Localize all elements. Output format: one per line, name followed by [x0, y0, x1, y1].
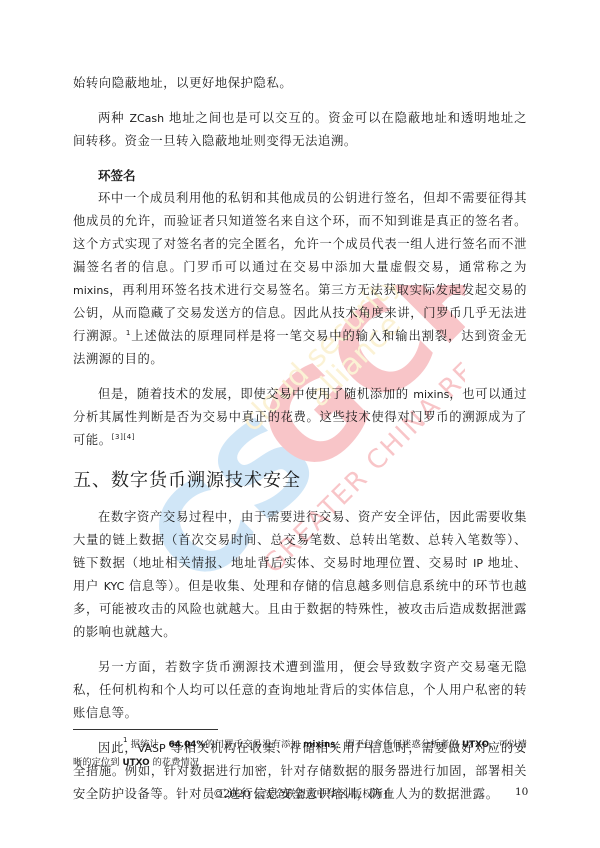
paragraph-abuse-risk: 另一方面，若数字货币溯源技术遭到滥用，便会导致数字资产交易毫无隐私，任何机构和个… [73, 656, 527, 725]
subheading-ring-signature: 环签名 [73, 165, 527, 187]
paragraph-mixins-analysis: 但是，随着技术的发展，即使交易中使用了随机添加的 mixins，也可以通过分析其… [73, 383, 527, 452]
paragraph-zcash: 两种 ZCash 地址之间也是可以交互的。资金可以在隐蔽地址和透明地址之间转移。… [73, 107, 527, 153]
paragraph-privacy-continuation: 始转向隐蔽地址，以更好地保护隐私。 [73, 72, 527, 95]
paragraph-vasp-measures: 因此，VASP 等相关机构在收集、存储相关用户信息时，需要做好对应的安全措施。例… [73, 737, 527, 806]
body-content: 始转向隐蔽地址，以更好地保护隐私。 两种 ZCash 地址之间也是可以交互的。资… [73, 72, 527, 806]
section-heading: 五、数字货币溯源技术安全 [73, 466, 527, 496]
citation-reference[interactable]: [3][4] [112, 433, 135, 441]
paragraph-ring-signature: 环中一个成员利用他的私钥和其他成员的公钥进行签名，但却不需要征得其他成员的允许，… [73, 187, 527, 371]
paragraph-data-collection: 在数字资产交易过程中，由于需要进行交易、资产安全评估，因此需要收集大量的链上数据… [73, 506, 527, 644]
document-page: CS GCR GREATER CHINA REGION cloud securi… [0, 0, 600, 848]
